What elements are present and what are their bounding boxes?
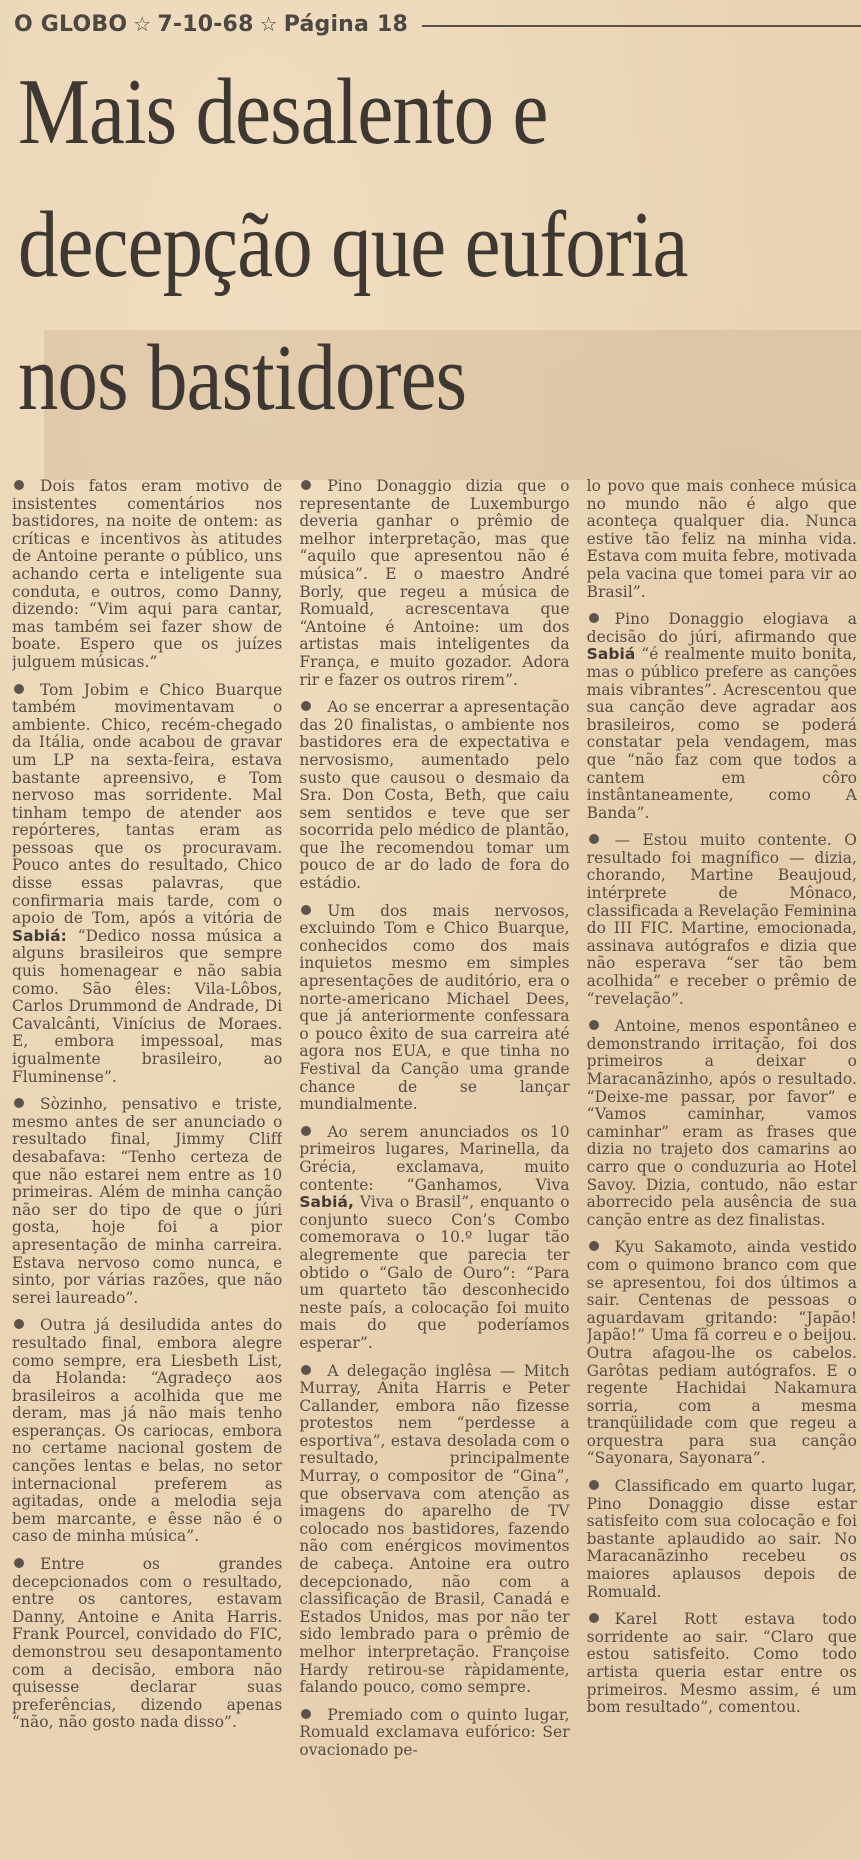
bullet-icon (301, 480, 311, 490)
article-paragraph: Sòzinho, pensativo e triste, mesmo antes… (12, 1096, 282, 1307)
article-paragraph: Outra já desiludida antes do resultado f… (12, 1317, 282, 1546)
star-icon: ☆ (260, 12, 278, 36)
bullet-icon (301, 1365, 311, 1375)
bullet-icon (14, 1098, 24, 1108)
song-title: Sabiá (587, 645, 636, 663)
article-paragraph: A delegação inglêsa — Mitch Murray, Anit… (299, 1363, 569, 1697)
bullet-icon (301, 701, 311, 711)
bullet-icon (14, 1319, 24, 1329)
article-paragraph: lo povo que mais conhece música no mundo… (587, 478, 857, 601)
headline: Mais desalento e decepção que euforia no… (18, 46, 740, 445)
bullet-icon (301, 1126, 311, 1136)
masthead-rule (422, 25, 861, 27)
newspaper-name: O GLOBO (14, 12, 127, 37)
bullet-icon (589, 1613, 599, 1623)
article-paragraph: — Estou muito contente. O resultado foi … (587, 832, 857, 1008)
article-paragraph: Premiado com o quinto lugar, Romuald exc… (299, 1707, 569, 1760)
column-1: Dois fatos eram motivo de insistentes co… (12, 478, 282, 1860)
headline-line-2: decepção que euforia (18, 179, 740, 312)
page-number: Página 18 (284, 12, 408, 37)
article-paragraph: Ao se encerrar a apresentação das 20 fin… (299, 699, 569, 893)
bullet-icon (589, 613, 599, 623)
article-paragraph: Um dos mais nervosos, excluindo Tom e Ch… (299, 903, 569, 1114)
bullet-icon (301, 905, 311, 915)
article-paragraph: Pino Donaggio dizia que o representante … (299, 478, 569, 689)
masthead: O GLOBO ☆ 7-10-68 ☆ Página 18 (14, 6, 861, 42)
article-paragraph: Entre os grandes decepcionados com o res… (12, 1556, 282, 1732)
article-paragraph: Tom Jobim e Chico Buarque também movimen… (12, 682, 282, 1087)
article-paragraph: Ao serem anunciados os 10 primeiros luga… (299, 1124, 569, 1353)
article-paragraph: Kyu Sakamoto, ainda vestido com o quimon… (587, 1239, 857, 1468)
article-paragraph: Dois fatos eram motivo de insistentes co… (12, 478, 282, 672)
bullet-icon (589, 1020, 599, 1030)
bullet-icon (14, 684, 24, 694)
bullet-icon (301, 1709, 311, 1719)
song-title: Sabiá, (299, 1193, 354, 1211)
column-3: lo povo que mais conhece música no mundo… (587, 478, 857, 1860)
bullet-icon (589, 1480, 599, 1490)
bullet-icon (14, 1558, 24, 1568)
headline-line-3: nos bastidores (18, 312, 740, 445)
article-paragraph: Pino Donaggio elogiava a decisão do júri… (587, 611, 857, 822)
article-paragraph: Antoine, menos espontâneo e demonstrando… (587, 1018, 857, 1229)
headline-line-1: Mais desalento e (18, 46, 740, 179)
star-icon: ☆ (133, 12, 151, 36)
article-paragraph: Classificado em quarto lugar, Pino Donag… (587, 1478, 857, 1601)
article-body: Dois fatos eram motivo de insistentes co… (12, 478, 857, 1860)
bullet-icon (14, 480, 24, 490)
issue-date: 7-10-68 (157, 12, 253, 37)
article-paragraph: Karel Rott estava todo sorridente ao sai… (587, 1611, 857, 1717)
bullet-icon (589, 834, 599, 844)
column-2: Pino Donaggio dizia que o representante … (299, 478, 569, 1860)
bullet-icon (589, 1241, 599, 1251)
song-title: Sabiá: (12, 927, 67, 945)
